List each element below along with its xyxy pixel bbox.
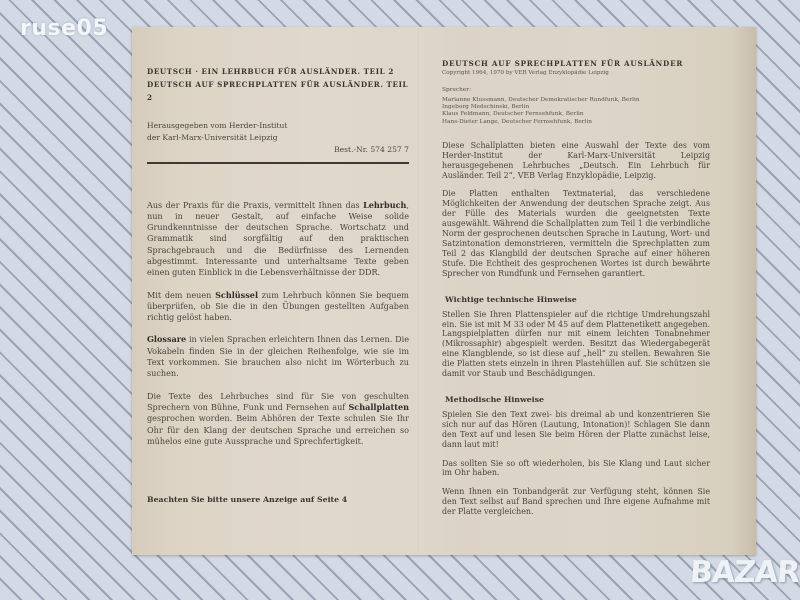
divider-rule — [147, 162, 409, 164]
technical-paragraph: Stellen Sie Ihren Plattenspieler auf die… — [442, 310, 710, 379]
methodical-paragraph-3: Wenn Ihnen ein Tonbandgerät zur Verfügun… — [442, 487, 710, 517]
footer-note: Beachten Sie bitte unsere Anzeige auf Se… — [147, 495, 347, 504]
speaker-item: Marianne Klussmann, Deutscher Demokratis… — [442, 97, 710, 104]
speaker-item: Ingeborg Medschinski, Berlin — [442, 104, 710, 111]
bold-term: Lehrbuch — [363, 200, 406, 210]
text: Aus der Praxis für die Praxis, vermittel… — [147, 200, 363, 210]
bold-term: Schlüssel — [215, 290, 258, 300]
left-title-line-2: DEUTSCH AUF SPRECHPLATTEN FÜR AUSLÄNDER.… — [147, 78, 409, 104]
methodical-paragraph-1: Spielen Sie den Text zwei- bis dreimal a… — [442, 410, 710, 450]
paragraph-schluessel: Mit dem neuen Schlüssel zum Lehrbuch kön… — [147, 290, 409, 324]
speaker-item: Klaus Feldmann, Deutscher Fernsehfunk, B… — [442, 111, 710, 118]
left-page: DEUTSCH · EIN LEHRBUCH FÜR AUSLÄNDER. TE… — [147, 65, 409, 458]
speakers-label: Sprecher: — [442, 87, 710, 93]
watermark-ruse05: ruse05 — [20, 16, 108, 41]
bold-term: Schallplatten — [348, 402, 409, 412]
paragraph-lehrbuch: Aus der Praxis für die Praxis, vermittel… — [147, 200, 409, 279]
speakers-list: Marianne Klussmann, Deutscher Demokratis… — [442, 97, 710, 126]
methodical-heading: Methodische Hinweise — [445, 395, 710, 404]
bold-term: Glossare — [147, 334, 186, 344]
booklet-spread: DEUTSCH · EIN LEHRBUCH FÜR AUSLÄNDER. TE… — [132, 27, 756, 555]
text: Mit dem neuen — [147, 290, 215, 300]
publisher-info: Herausgegeben vom Herder-Institut der Ka… — [147, 120, 409, 143]
left-title-line-1: DEUTSCH · EIN LEHRBUCH FÜR AUSLÄNDER. TE… — [147, 65, 409, 78]
publisher-line-1: Herausgegeben vom Herder-Institut — [147, 120, 409, 132]
text: in vielen Sprachen erleichtern Ihnen das… — [147, 334, 409, 378]
text: , nun in neuer Gestalt, auf einfache Wei… — [147, 200, 409, 278]
right-page: DEUTSCH AUF SPRECHPLATTEN FÜR AUSLÄNDER … — [442, 59, 710, 526]
copyright-line: Copyright 1964, 1970 by VEB Verlag Enzyk… — [442, 70, 710, 76]
intro-paragraph-1: Diese Schallplatten bieten eine Auswahl … — [442, 141, 710, 181]
watermark-bazar: BAZAR — [689, 555, 800, 590]
order-number: Best.-Nr. 574 257 7 — [147, 145, 409, 154]
speaker-item: Hans-Dieter Lange, Deutscher Fernsehfunk… — [442, 119, 710, 126]
paragraph-schallplatten: Die Texte des Lehrbuches sind für Sie vo… — [147, 391, 409, 447]
text: gesprochen worden. Beim Abhören der Text… — [147, 413, 409, 446]
technical-heading: Wichtige technische Hinweise — [445, 295, 710, 304]
methodical-paragraph-2: Das sollten Sie so oft wiederholen, bis … — [442, 459, 710, 479]
center-fold — [418, 27, 420, 555]
intro-paragraph-2: Die Platten enthalten Textmaterial, das … — [442, 189, 710, 278]
paragraph-glossare: Glossare in vielen Sprachen erleichtern … — [147, 334, 409, 379]
right-title: DEUTSCH AUF SPRECHPLATTEN FÜR AUSLÄNDER — [442, 59, 710, 68]
publisher-line-2: der Karl-Marx-Universität Leipzig — [147, 132, 409, 144]
